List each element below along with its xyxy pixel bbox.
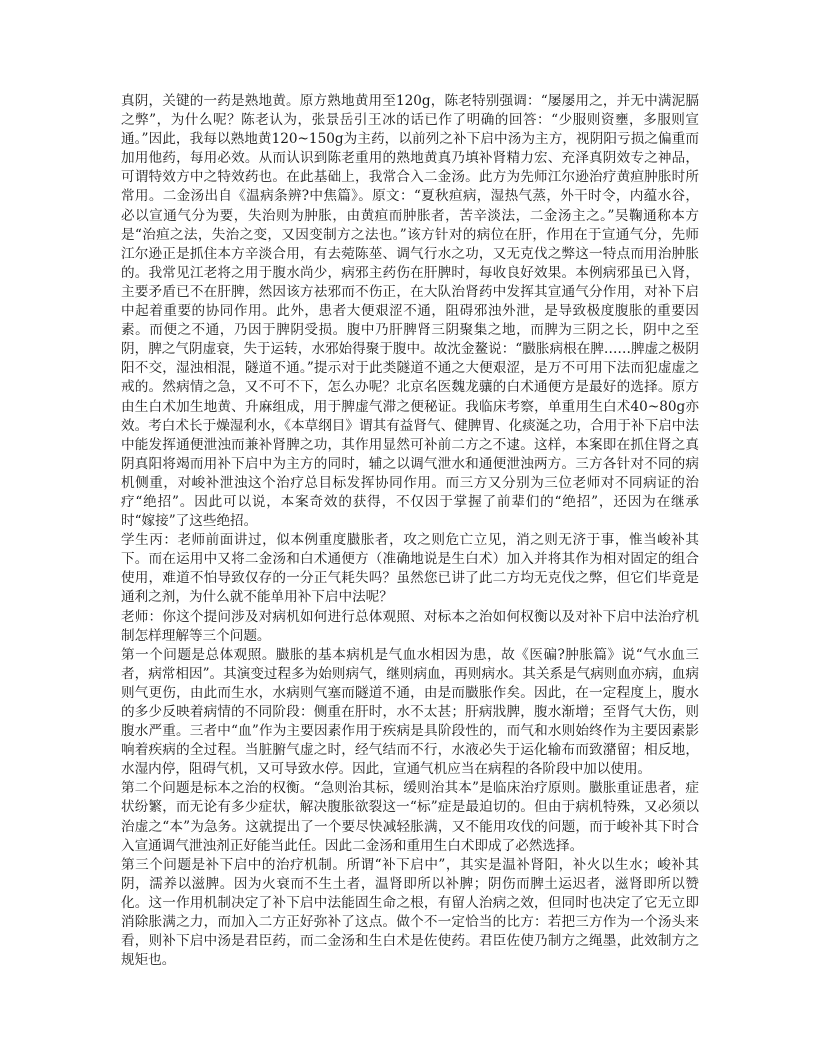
document-page: 真阴，关键的一药是熟地黄。原方熟地黄用至120g，陈老特别强调：“屡屡用之，并无… — [121, 92, 699, 970]
paragraph-case-analysis: 真阴，关键的一药是熟地黄。原方熟地黄用至120g，陈老特别强调：“屡屡用之，并无… — [121, 92, 699, 531]
paragraph-first-issue: 第一个问题是总体观照。臌胀的基本病机是气血水相因为患，故《医碥?肿胀篇》说“气水… — [121, 646, 699, 780]
paragraph-second-issue: 第二个问题是标本之治的权衡。“急则治其标，缓则治其本”是临床治疗原则。臌胀重证患… — [121, 779, 699, 855]
paragraph-teacher-answer-intro: 老师：你这个提问涉及对病机如何进行总体观照、对标本之治如何权衡以及对补下启中法治… — [121, 608, 699, 646]
paragraph-student-question: 学生丙：老师前面讲过，似本例重度臌胀者，攻之则危亡立见，消之则无济于事，惟当峻补… — [121, 531, 699, 607]
paragraph-third-issue: 第三个问题是补下启中的治疗机制。所谓“补下启中”，其实是温补肾阳，补火以生水；峻… — [121, 856, 699, 971]
